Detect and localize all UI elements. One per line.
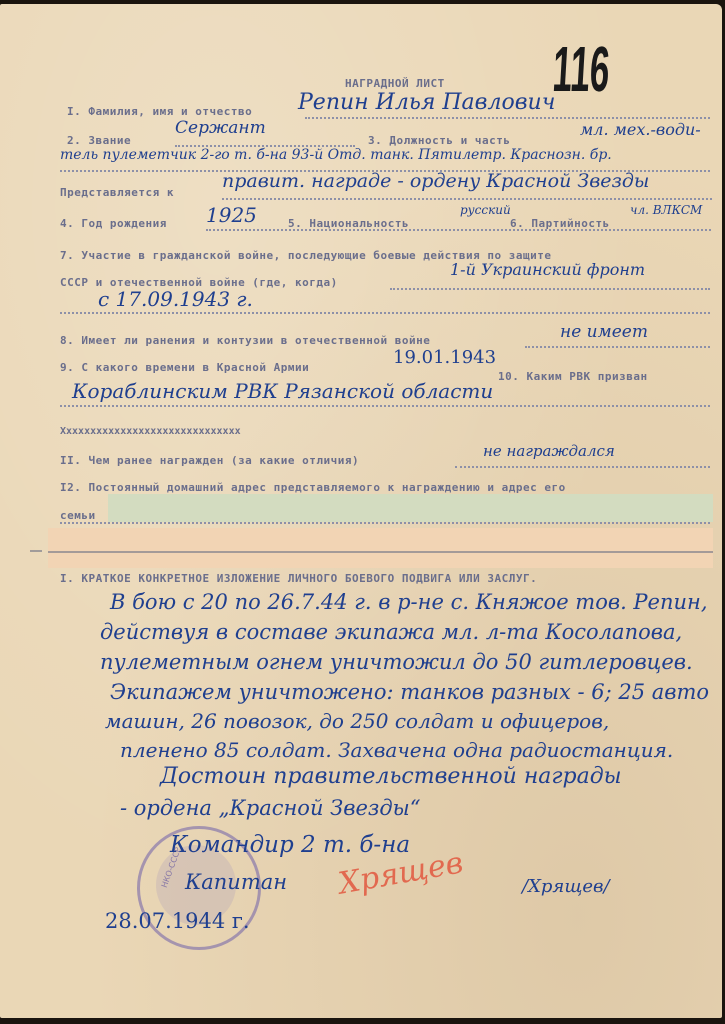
- separator-tick: [30, 550, 42, 552]
- field-7-value-line2: с 17.09.1943 г.: [98, 287, 253, 311]
- field-9-value: 19.01.1943: [393, 347, 496, 368]
- dotted-line: [525, 346, 710, 348]
- field-10-label: 10. Каким РВК призван: [498, 370, 648, 383]
- field-12-label: I2. Постоянный домашний адрес представля…: [60, 481, 566, 494]
- nominated-value: правит. награде - ордену Красной Звезды: [222, 170, 649, 192]
- narrative-line: пленено 85 солдат. Захвачена одна радиос…: [120, 738, 673, 762]
- dotted-line: [60, 522, 710, 524]
- field-11-value: не награждался: [483, 442, 615, 460]
- dotted-line: [455, 466, 710, 468]
- field-9-label: 9. С какого времени в Красной Армии: [60, 361, 309, 374]
- signatory-name: /Хрящев/: [522, 876, 610, 897]
- signature-date: 28.07.1944 г.: [105, 909, 250, 933]
- field-4-value: 1925: [206, 203, 257, 227]
- dotted-line: [60, 312, 710, 314]
- field-2-label: 2. Звание: [67, 134, 131, 147]
- field-10-value: Кораблинским РВК Рязанской области: [72, 379, 493, 403]
- field-11-label: II. Чем ранее награжден (за какие отличи…: [60, 454, 359, 467]
- section-heading: I. КРАТКОЕ КОНКРЕТНОЕ ИЗЛОЖЕНИЕ ЛИЧНОГО …: [60, 572, 537, 585]
- dotted-line: [206, 229, 711, 231]
- redacted-address-line2: [48, 528, 713, 568]
- field-2-value: Сержант: [175, 118, 266, 138]
- field-3-label: 3. Должность и часть: [368, 134, 510, 147]
- field-8-label: 8. Имеет ли ранения и контузии в отечест…: [60, 334, 430, 347]
- field-1-label: I. Фамилия, имя и отчество: [67, 105, 252, 118]
- nominated-label: Представляется к: [60, 186, 174, 199]
- narrative-line: пулеметным огнем уничтожил до 50 гитлеро…: [100, 650, 693, 674]
- section-separator: [48, 551, 713, 553]
- narrative-line: Экипажем уничтожено: танков разных - 6; …: [110, 680, 709, 704]
- narrative-line: Достоин правительственной награды: [160, 764, 622, 789]
- field-8-value: не имеет: [560, 322, 648, 342]
- dotted-line: [60, 405, 710, 407]
- signatory-rank: Капитан: [185, 870, 287, 894]
- signatory-position: Командир 2 т. б-на: [170, 832, 410, 858]
- field-6-value: чл. ВЛКСМ: [630, 203, 702, 217]
- narrative-line: машин, 26 повозок, до 250 солдат и офице…: [105, 709, 609, 733]
- narrative-line: действуя в составе экипажа мл. л-та Косо…: [100, 620, 682, 644]
- award-sheet-page: 116 НАГРАДНОЙ ЛИСТ I. Фамилия, имя и отч…: [0, 4, 722, 1018]
- narrative-line: В бою с 20 по 26.7.44 г. в р-не с. Княжо…: [110, 590, 708, 614]
- field-12-label-cont: семьи: [60, 509, 96, 522]
- field-5-value: русский: [460, 203, 511, 217]
- redacted-address: [108, 494, 713, 522]
- struck-out-line: Xxxxxxxxxxxxxxxxxxxxxxxxxxxxxx: [60, 426, 241, 437]
- field-3-value-line2: тель пулеметчик 2-го т. б-на 93-й Отд. т…: [60, 147, 612, 163]
- dotted-line: [222, 198, 712, 200]
- document-title: НАГРАДНОЙ ЛИСТ: [345, 77, 445, 90]
- archive-number: 116: [551, 32, 612, 106]
- field-4-label: 4. Год рождения: [60, 217, 167, 230]
- field-3-value-line1: мл. мех.-води-: [580, 120, 701, 139]
- dotted-line: [305, 117, 710, 119]
- field-7-value-line1: 1-й Украинский фронт: [450, 260, 645, 279]
- field-1-value: Репин Илья Павлович: [298, 90, 555, 115]
- dotted-line: [390, 288, 710, 290]
- narrative-line: - ордена „Красной Звезды“: [120, 796, 421, 820]
